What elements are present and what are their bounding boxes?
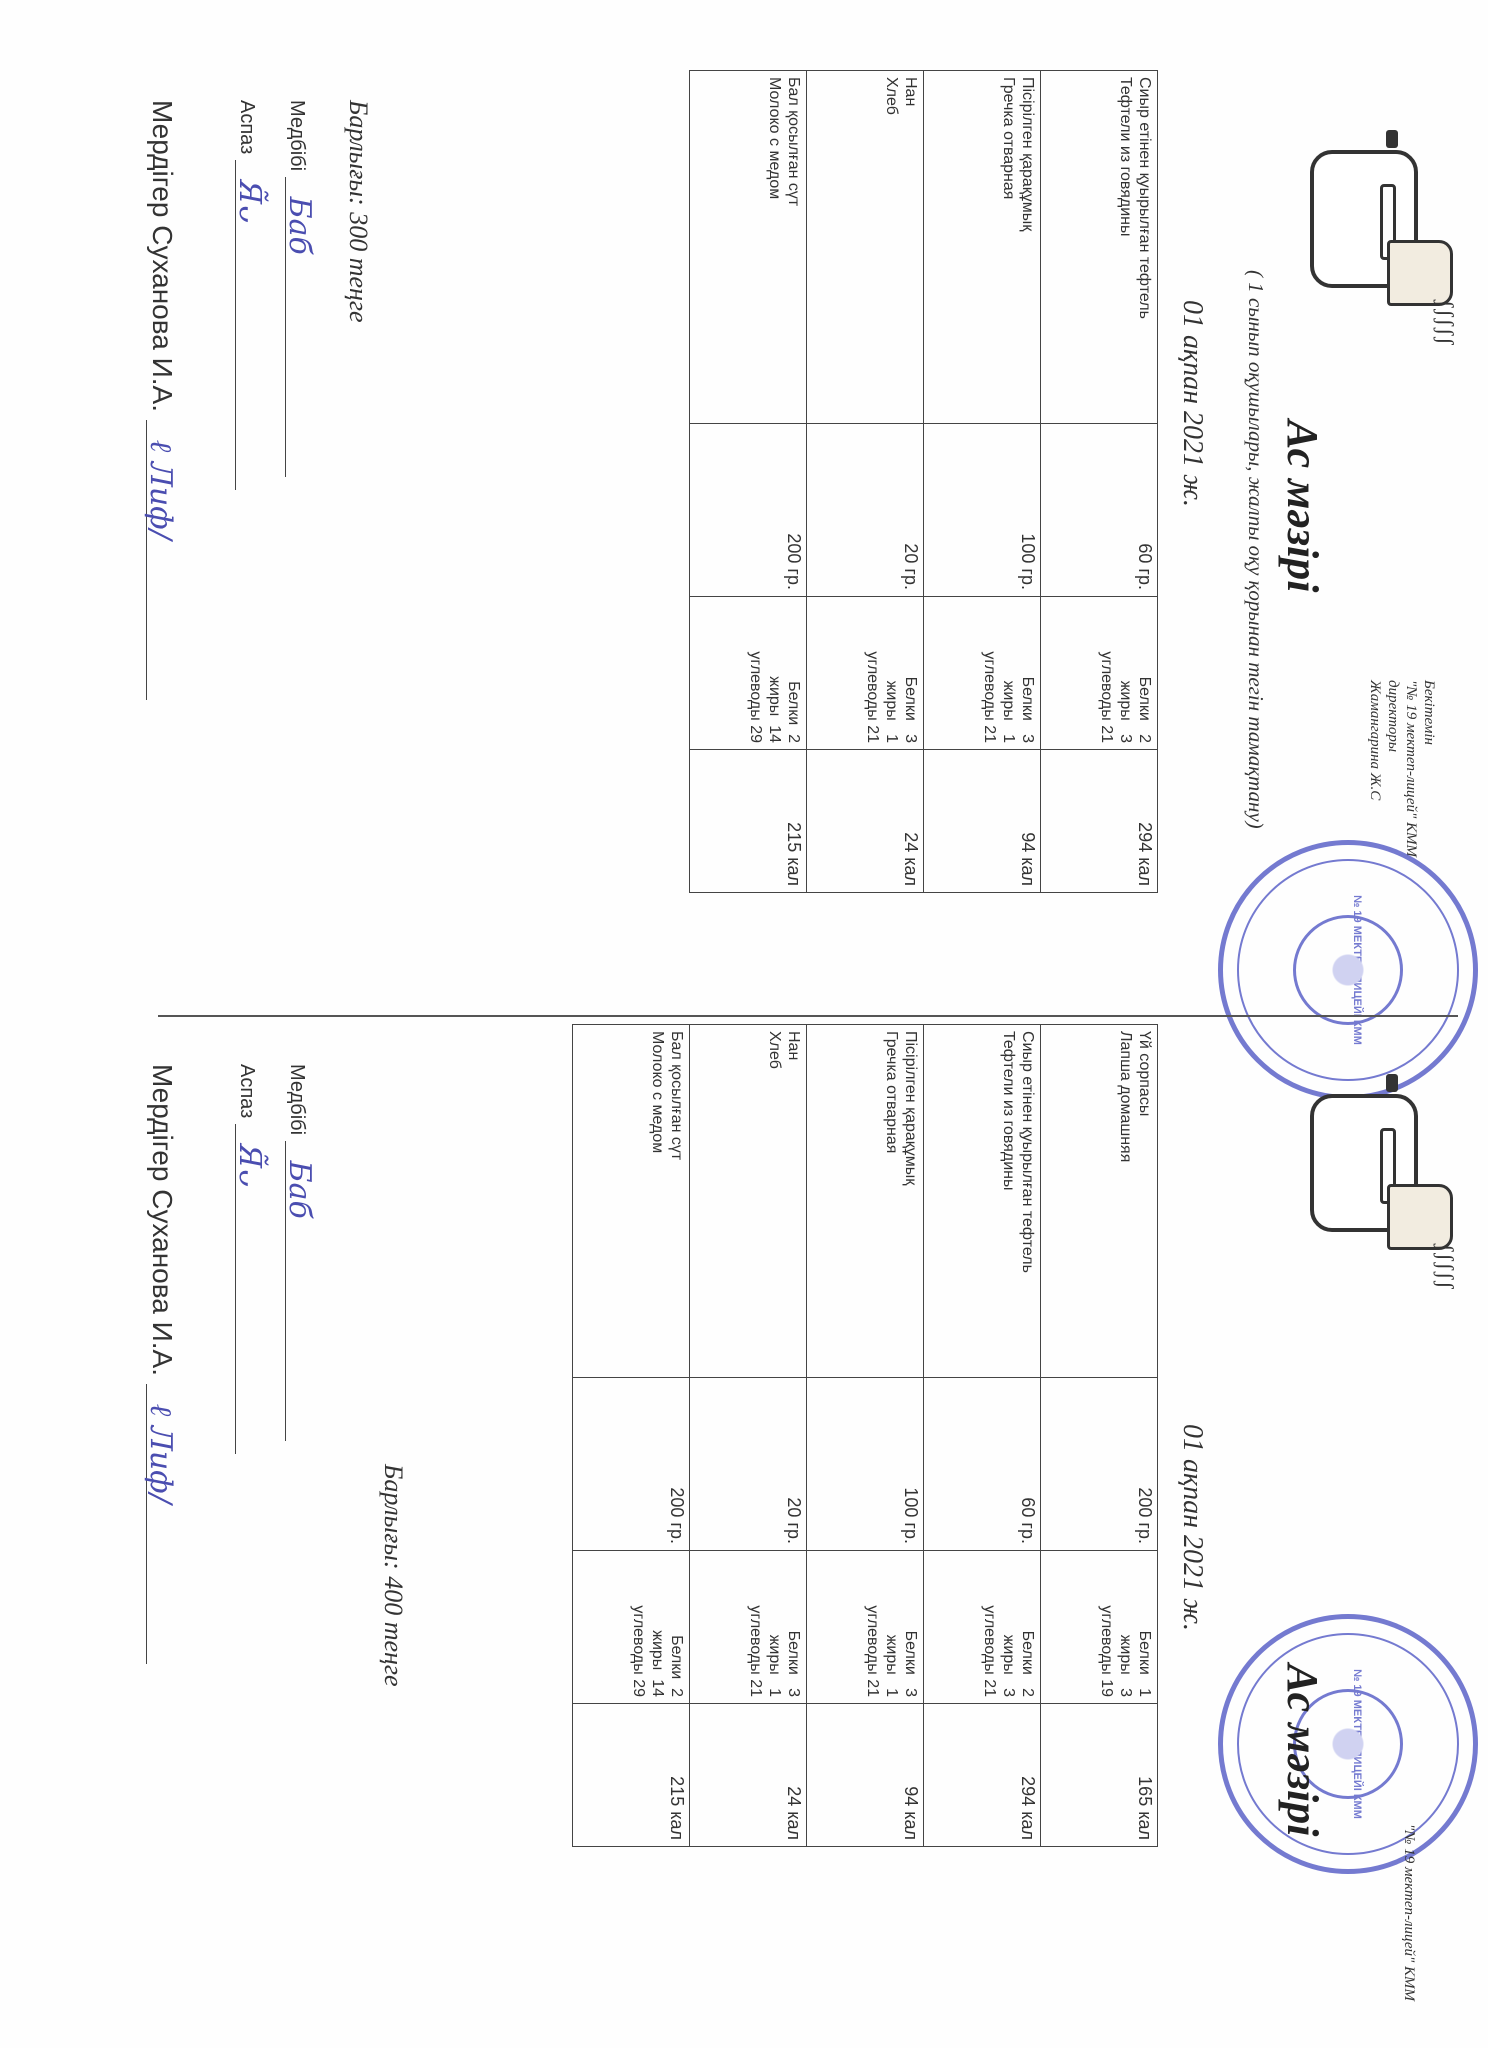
table-row: Бал қосылған сүтМолоко с медом200 гр.Бел… [573,1025,690,1847]
dish-weight: 20 гр. [690,1378,807,1551]
dish-nutrition: Белки 2 жиры 3 углеводы 21 [924,1551,1041,1704]
table-row: Пісірілген қарақұмықГречка отварная100 г… [807,1025,924,1847]
dish-weight: 100 гр. [924,424,1041,597]
table-row: Сиыр етінен қуырылған тефтельТефтели из … [1041,71,1158,893]
dish-name-ru: Хлеб [765,1031,784,1371]
dish-name: Пісірілген қарақұмықГречка отварная [924,71,1041,424]
dish-calories: 294 кал [1041,750,1158,893]
table-row: Бал қосылған сүтМолоко с медом200 гр.Бел… [690,71,807,893]
dish-calories: 24 кал [807,750,924,893]
menu-general: ʃʃʃʃʃ № 19 МЕКТЕП-ЛИЦЕЙІ КММ "№ 19 мекте… [0,1024,1488,2048]
dish-nutrition: Белки 3 жиры 1 углеводы 21 [807,1551,924,1704]
dish-name-kz: Нан [784,1031,803,1371]
dish-name-kz: Сиыр етінен қуырылған тефтель [1135,77,1154,417]
nurse-signature-line: Баб [285,177,308,477]
menu-date: 01 ақпан 2021 ж. [1176,300,1208,507]
dish-calories: 215 кал [573,1704,690,1847]
dish-name: НанХлеб [807,71,924,424]
contractor-signature-line: ℓ Лиф/ [146,1384,169,1664]
dish-weight: 60 гр. [1041,424,1158,597]
nurse-signature-row: Медбібі Баб [285,100,308,477]
approval-block: Бекітемін "№ 19 мектеп-лицей" КММ директ… [1366,680,1438,857]
table-row: НанХлеб20 гр.Белки 3 жиры 1 углеводы 212… [690,1025,807,1847]
dish-calories: 165 кал [1041,1704,1158,1847]
menu-title: Ас мәзірі [1277,1664,1328,1837]
dish-weight: 20 гр. [807,424,924,597]
table-row: Үй сорпасыЛапша домашняя200 гр.Белки 1 ж… [1041,1025,1158,1847]
dish-name-kz: Бал қосылған сүт [784,77,803,417]
dish-name-ru: Хлеб [882,77,901,417]
total-price: Барлығы: 400 теңге [378,1464,408,1687]
dish-weight: 200 гр. [573,1378,690,1551]
dish-name-kz: Нан [901,77,920,417]
dish-calories: 294 кал [924,1704,1041,1847]
table-row: Сиыр етінен қуырылған тефтельТефтели из … [924,1025,1041,1847]
cook-signature-row: Аспаз Я̃ᴗ [235,100,258,490]
dish-name: НанХлеб [690,1025,807,1378]
dish-name: Бал қосылған сүтМолоко с медом [690,71,807,424]
menu-date: 01 ақпан 2021 ж. [1176,1424,1208,1631]
dish-name-ru: Лапша домашняя [1116,1031,1135,1371]
dish-nutrition: Белки 2 жиры 3 углеводы 21 [1041,597,1158,750]
contractor-signature-line: ℓ Лиф/ [146,420,169,700]
dish-name: Сиыр етінен қуырылған тефтельТефтели из … [924,1025,1041,1378]
dish-name-ru: Гречка отварная [882,1031,901,1371]
dish-nutrition: Белки 3 жиры 1 углеводы 21 [807,597,924,750]
dish-name-ru: Тефтели из говядины [999,1031,1018,1371]
dish-name-ru: Молоко с медом [765,77,784,417]
dish-name-ru: Гречка отварная [999,77,1018,417]
dish-calories: 94 кал [924,750,1041,893]
dish-weight: 200 гр. [690,424,807,597]
toaster-illustration-icon: ʃʃʃʃʃ [1308,140,1458,320]
menu-title: Ас мәзірі [1277,420,1328,593]
dish-name-kz: Бал қосылған сүт [667,1031,686,1371]
dish-calories: 24 кал [690,1704,807,1847]
dish-calories: 94 кал [807,1704,924,1847]
dish-name-ru: Молоко с медом [648,1031,667,1371]
menu-subtitle: ( 1 сынып оқушылары, жалпы оқу қорынан т… [1243,270,1268,829]
dish-name: Пісірілген қарақұмықГречка отварная [807,1025,924,1378]
dish-name-kz: Пісірілген қарақұмық [1018,77,1037,417]
dish-weight: 100 гр. [807,1378,924,1551]
dish-name: Үй сорпасыЛапша домашняя [1041,1025,1158,1378]
dish-weight: 200 гр. [1041,1378,1158,1551]
dish-nutrition: Белки 2 жиры 14 углеводы 29 [573,1551,690,1704]
dish-name-ru: Тефтели из говядины [1116,77,1135,417]
contractor-signature-row: Мердігер Суханова И.А. ℓ Лиф/ [146,1064,178,1664]
table-row: Пісірілген қарақұмықГречка отварная100 г… [924,71,1041,893]
table-row: НанХлеб20 гр.Белки 3 жиры 1 углеводы 212… [807,71,924,893]
cook-signature-line: Я̃ᴗ [235,160,258,490]
dish-name: Бал қосылған сүтМолоко с медом [573,1025,690,1378]
scanned-menu-page: ʃʃʃʃʃ Бекітемін "№ 19 мектеп-лицей" КММ … [0,0,1488,2048]
dish-nutrition: Белки 3 жиры 1 углеводы 21 [924,597,1041,750]
nurse-signature-line: Баб [285,1141,308,1441]
dish-name: Сиыр етінен қуырылған тефтельТефтели из … [1041,71,1158,424]
dish-calories: 215 кал [690,750,807,893]
cook-signature-row: Аспаз Я̃ᴗ [235,1064,258,1454]
menu-table: Сиыр етінен қуырылған тефтельТефтели из … [689,70,1158,893]
approval-block: "№ 19 мектеп-лицей" КММ [1400,1824,1418,2001]
menu-grade-1: ʃʃʃʃʃ Бекітемін "№ 19 мектеп-лицей" КММ … [0,0,1488,1024]
contractor-signature-row: Мердігер Суханова И.А. ℓ Лиф/ [146,100,178,700]
dish-name-kz: Үй сорпасы [1135,1031,1154,1371]
menu-table: Үй сорпасыЛапша домашняя200 гр.Белки 1 ж… [572,1024,1158,1847]
official-stamp: № 19 МЕКТЕП-ЛИЦЕЙІ КММ [1218,1614,1478,1874]
total-price: Барлығы: 300 теңге [343,100,373,323]
dish-name-kz: Сиыр етінен қуырылған тефтель [1018,1031,1037,1371]
dish-name-kz: Пісірілген қарақұмық [901,1031,920,1371]
dish-nutrition: Белки 2 жиры 14 углеводы 29 [690,597,807,750]
toaster-illustration-icon: ʃʃʃʃʃ [1308,1084,1458,1264]
page-divider [158,1015,1458,1017]
dish-nutrition: Белки 1 жиры 3 углеводы 19 [1041,1551,1158,1704]
cook-signature-line: Я̃ᴗ [235,1124,258,1454]
dish-nutrition: Белки 3 жиры 1 углеводы 21 [690,1551,807,1704]
nurse-signature-row: Медбібі Баб [285,1064,308,1441]
dish-weight: 60 гр. [924,1378,1041,1551]
